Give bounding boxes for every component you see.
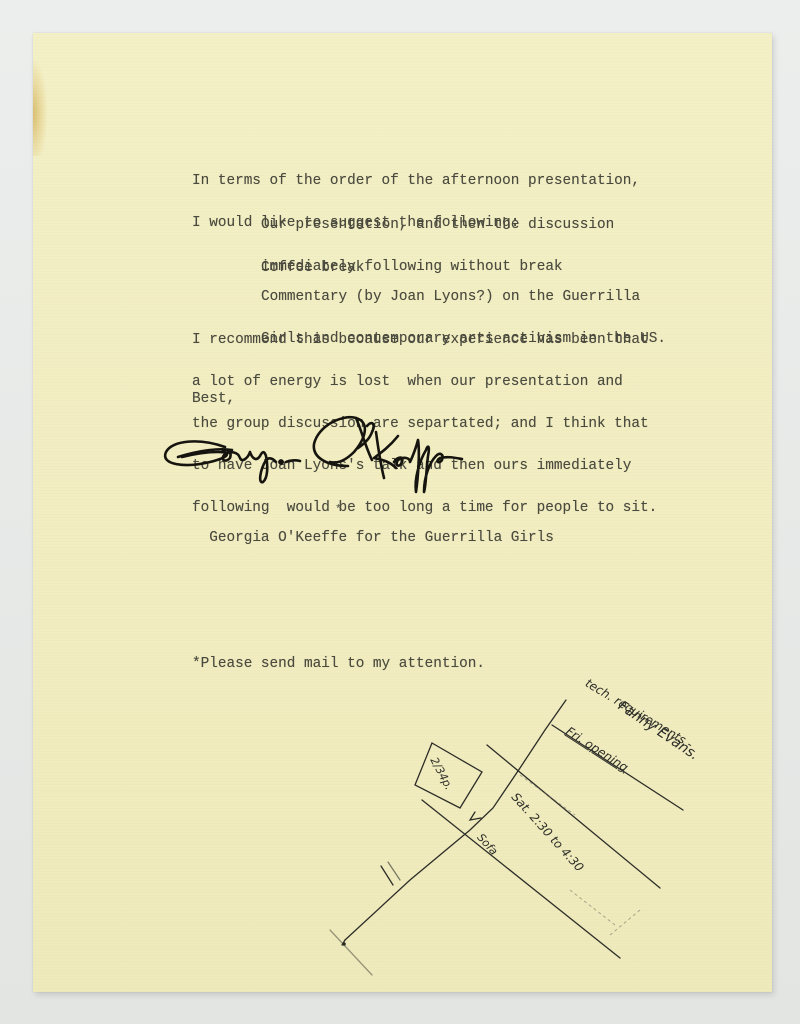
floor-plan-sketch — [0, 0, 800, 1024]
sketch-dot — [342, 942, 346, 946]
